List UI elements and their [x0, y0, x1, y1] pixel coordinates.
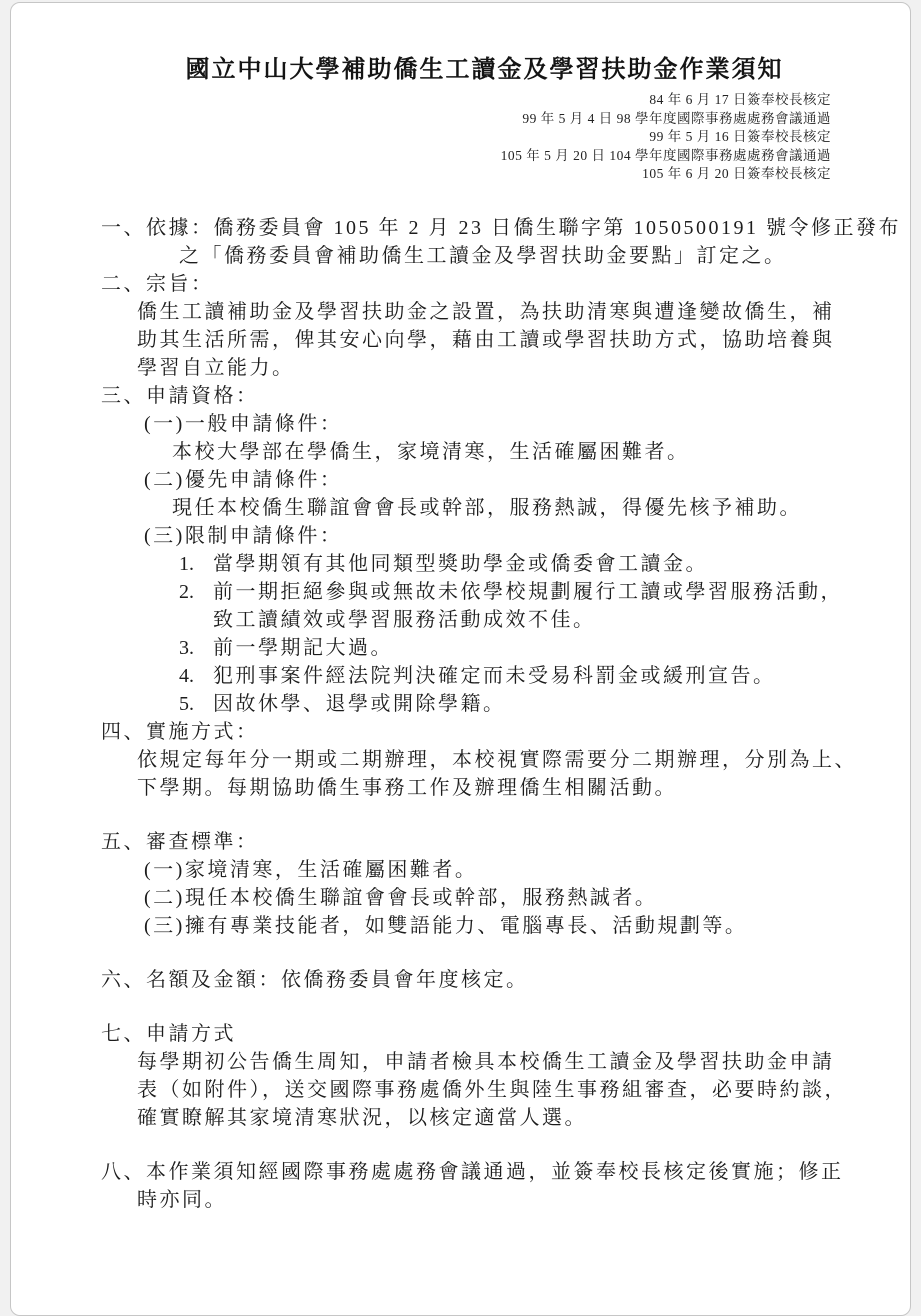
revision-line: 84 年 6 月 17 日簽奉校長核定 [11, 91, 831, 110]
section-number: 二、 [101, 273, 146, 295]
section-text: 審查標準： [146, 831, 259, 853]
section-text-line: 學習自立能力。 [101, 354, 870, 382]
subsection-heading: (一)一般申請條件： [101, 410, 870, 438]
section-text: 依據：僑務委員會 105 年 2 月 23 日僑生聯字第 1050500191 … [146, 217, 901, 239]
subsection-text: (一)家境清寒，生活確屬困難者。 [101, 856, 870, 884]
section-text-line: 每學期初公告僑生周知，申請者檢具本校僑生工讀金及學習扶助金申請 [101, 1048, 870, 1076]
section-text-line: 時亦同。 [101, 1186, 870, 1214]
section-text-line: 確實瞭解其家境清寒狀況，以核定適當人選。 [101, 1104, 870, 1132]
section-heading: 四、實施方式： [101, 718, 870, 746]
revision-line: 105 年 5 月 20 日 104 學年度國際事務處處務會議通過 [11, 147, 831, 166]
section-number: 五、 [101, 831, 146, 853]
numbered-item-cont: 致工讀績效或學習服務活動成效不佳。 [101, 606, 870, 634]
section-text: 實施方式： [146, 721, 259, 743]
section-text-line: 僑生工讀補助金及學習扶助金之設置，為扶助清寒與遭逢變故僑生，補 [101, 298, 870, 326]
revision-line: 99 年 5 月 4 日 98 學年度國際事務處處務會議通過 [11, 110, 831, 129]
section-heading: 二、宗旨： [101, 270, 870, 298]
numbered-item: 5.因故休學、退學或開除學籍。 [101, 690, 870, 718]
document-page: 國立中山大學補助僑生工讀金及學習扶助金作業須知 84 年 6 月 17 日簽奉校… [10, 2, 911, 1276]
section-text: 本作業須知經國際事務處處務會議通過，並簽奉校長核定後實施；修正 [146, 1161, 844, 1183]
item-number: 1. [179, 550, 213, 578]
subsection-heading: (三)限制申請條件： [101, 522, 870, 550]
section-text: 名額及金額：依僑務委員會年度核定。 [146, 969, 529, 991]
numbered-item: 1.當學期領有其他同類型獎助學金或僑委會工讀金。 [101, 550, 870, 578]
section-text: 申請資格： [146, 385, 259, 407]
item-text: 前一學期記大過。 [213, 637, 393, 659]
revision-line: 99 年 5 月 16 日簽奉校長核定 [11, 128, 831, 147]
section-approval: 八、本作業須知經國際事務處處務會議通過，並簽奉校長核定後實施；修正 時亦同。 [101, 1158, 870, 1214]
section-text: 宗旨： [146, 273, 214, 295]
section-heading: 六、名額及金額：依僑務委員會年度核定。 [101, 966, 870, 994]
item-number: 2. [179, 578, 213, 606]
subsection-text: 現任本校僑生聯誼會會長或幹部，服務熱誠，得優先核予補助。 [101, 494, 870, 522]
section-number: 六、 [101, 969, 146, 991]
section-heading: 八、本作業須知經國際事務處處務會議通過，並簽奉校長核定後實施；修正 [101, 1158, 870, 1186]
subsection-text: 本校大學部在學僑生，家境清寒，生活確屬困難者。 [101, 438, 870, 466]
document-body: 一、依據：僑務委員會 105 年 2 月 23 日僑生聯字第 105050019… [11, 214, 910, 1214]
section-text-line: 表（如附件），送交國際事務處僑外生與陸生事務組審查，必要時約談， [101, 1076, 870, 1104]
section-quota-amount: 六、名額及金額：依僑務委員會年度核定。 [101, 966, 870, 994]
section-text-line: 之「僑務委員會補助僑生工讀金及學習扶助金要點」訂定之。 [101, 242, 870, 270]
subsection-heading: (二)優先申請條件： [101, 466, 870, 494]
revision-history: 84 年 6 月 17 日簽奉校長核定 99 年 5 月 4 日 98 學年度國… [11, 91, 910, 184]
numbered-item: 3.前一學期記大過。 [101, 634, 870, 662]
section-number: 八、 [101, 1161, 146, 1183]
section-text-line: 助其生活所需，俾其安心向學，藉由工讀或學習扶助方式，協助培養與 [101, 326, 870, 354]
page-title: 國立中山大學補助僑生工讀金及學習扶助金作業須知 [11, 53, 910, 87]
section-application-method: 七、申請方式 每學期初公告僑生周知，申請者檢具本校僑生工讀金及學習扶助金申請 表… [101, 1020, 870, 1132]
section-eligibility: 三、申請資格： (一)一般申請條件： 本校大學部在學僑生，家境清寒，生活確屬困難… [101, 382, 870, 718]
item-text: 因故休學、退學或開除學籍。 [213, 693, 506, 715]
item-number: 5. [179, 690, 213, 718]
item-text: 前一期拒絕參與或無故未依學校規劃履行工讀或學習服務活動， [213, 581, 843, 603]
item-text: 致工讀績效或學習服務活動成效不佳。 [213, 609, 596, 631]
subsection-text: (三)擁有專業技能者，如雙語能力、電腦專長、活動規劃等。 [101, 912, 870, 940]
section-heading: 一、依據：僑務委員會 105 年 2 月 23 日僑生聯字第 105050019… [101, 214, 870, 242]
section-text-line: 下學期。每期協助僑生事務工作及辦理僑生相關活動。 [101, 774, 870, 802]
section-purpose: 二、宗旨： 僑生工讀補助金及學習扶助金之設置，為扶助清寒與遭逢變故僑生，補 助其… [101, 270, 870, 382]
section-heading: 三、申請資格： [101, 382, 870, 410]
section-number: 七、 [101, 1023, 146, 1045]
section-number: 一、 [101, 217, 146, 239]
section-basis: 一、依據：僑務委員會 105 年 2 月 23 日僑生聯字第 105050019… [101, 214, 870, 270]
item-number: 3. [179, 634, 213, 662]
numbered-item: 4.犯刑事案件經法院判決確定而未受易科罰金或緩刑宣告。 [101, 662, 870, 690]
section-heading: 七、申請方式 [101, 1020, 870, 1048]
item-number: 4. [179, 662, 213, 690]
section-number: 三、 [101, 385, 146, 407]
section-review-criteria: 五、審查標準： (一)家境清寒，生活確屬困難者。 (二)現任本校僑生聯誼會會長或… [101, 828, 870, 940]
numbered-item: 2.前一期拒絕參與或無故未依學校規劃履行工讀或學習服務活動， [101, 578, 870, 606]
section-implementation: 四、實施方式： 依規定每年分一期或二期辦理，本校視實際需要分二期辦理，分別為上、… [101, 718, 870, 802]
section-number: 四、 [101, 721, 146, 743]
section-heading: 五、審查標準： [101, 828, 870, 856]
section-text: 申請方式 [146, 1023, 236, 1045]
item-text: 犯刑事案件經法院判決確定而未受易科罰金或緩刑宣告。 [213, 665, 776, 687]
revision-line: 105 年 6 月 20 日簽奉校長核定 [11, 165, 831, 184]
section-text-line: 依規定每年分一期或二期辦理，本校視實際需要分二期辦理，分別為上、 [101, 746, 870, 774]
item-text: 當學期領有其他同類型獎助學金或僑委會工讀金。 [213, 553, 708, 575]
subsection-text: (二)現任本校僑生聯誼會會長或幹部，服務熱誠者。 [101, 884, 870, 912]
